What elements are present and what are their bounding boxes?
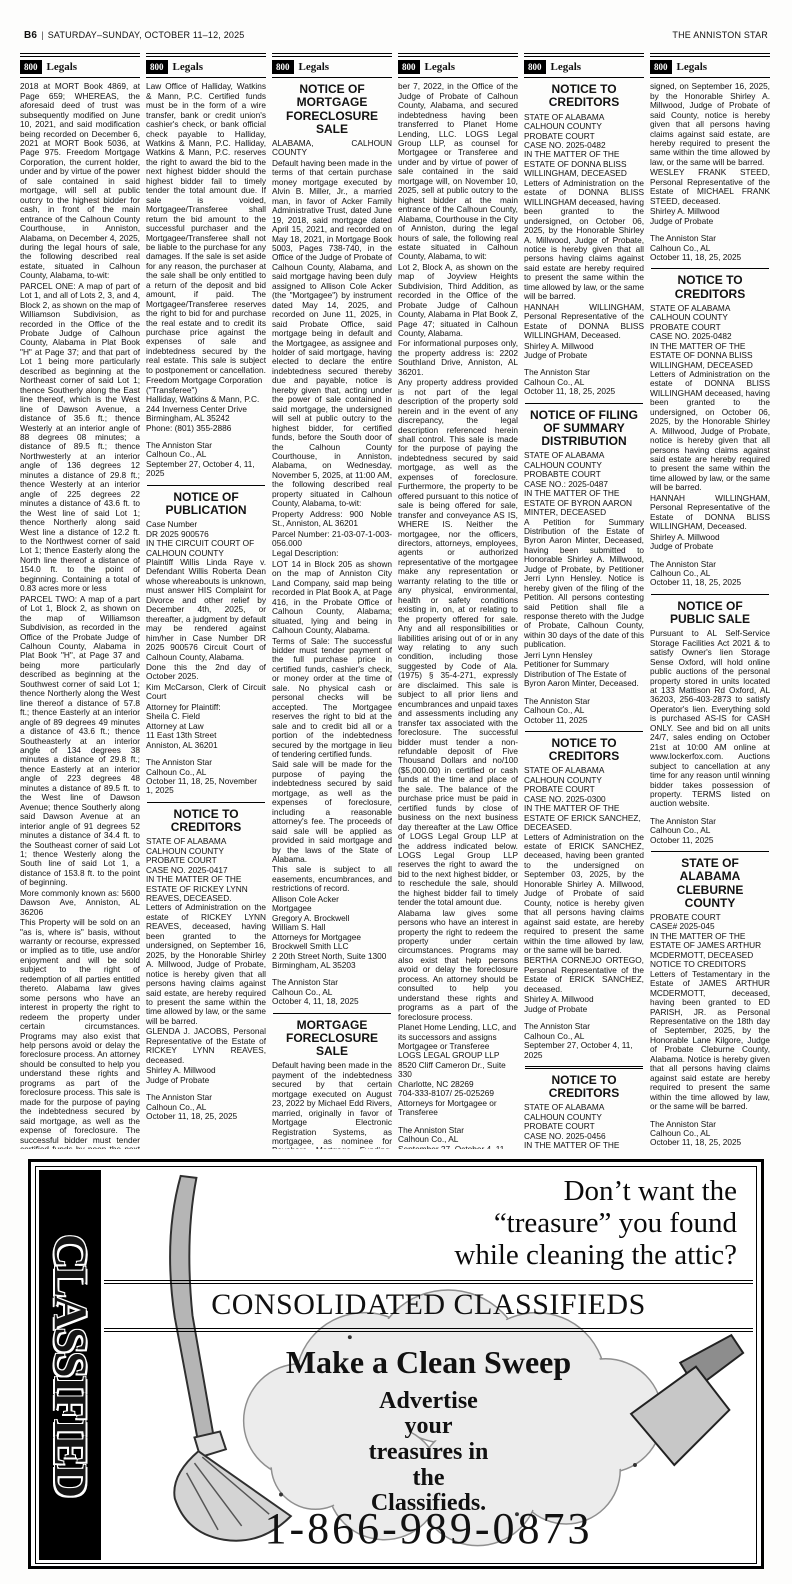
- notice-lines: STATE OF ALABAMACALHOUN COUNTYPROBATE CO…: [146, 837, 266, 903]
- notice-paragraph: Terms of Sale: The successful bidder mus…: [272, 637, 392, 760]
- notice-paragraph: ber 7, 2022, in the Office of the Judge …: [398, 82, 518, 262]
- notice-line: IN THE MATTER OF THE ESTATE OF RICKEY LY…: [146, 875, 266, 903]
- notice-line: October 11, 18, 25, 2025: [524, 387, 644, 396]
- notice-lines: Planet Home Lending, LLC, and its succes…: [398, 1023, 518, 1118]
- category-header: 800Legals: [272, 53, 392, 78]
- notice-line: October 11, 18, 25, 2025: [146, 1112, 266, 1121]
- notice-heading: NOTICE OF MORTGAGE FORECLOSURE SALE: [276, 83, 388, 136]
- notice-paragraph: ALABAMA, CALHOUN COUNTY: [272, 139, 392, 158]
- notice-paragraph: HANNAH WILLINGHAM, Personal Representati…: [524, 303, 644, 341]
- legals-column-6: 800Legalssigned, on September 16, 2025, …: [650, 53, 770, 1149]
- ad-cloud-line3: treasures in: [104, 1440, 753, 1466]
- notice-heading: STATE OF ALABAMA CLEBURNE COUNTY: [654, 857, 766, 910]
- notice-line: September 27, October 4, 11, 2025: [146, 460, 266, 479]
- notice-line: Judge of Probate: [650, 217, 770, 226]
- notice-lines: STATE OF ALABAMACALHOUN COUNTYPROBATE CO…: [524, 766, 644, 832]
- notice-paragraph: 2018 at MORT Book 4869, at Page 659; WHE…: [20, 82, 140, 281]
- publication-tagline: The Anniston StarCalhoun Co., ALSeptembe…: [524, 1022, 644, 1060]
- legals-column-1: 800Legals2018 at MORT Book 4869, at Page…: [20, 53, 140, 1149]
- publication-tagline: The Anniston StarCalhoun Co., ALOctober …: [272, 978, 392, 1006]
- notice-line: Judge of Probate: [650, 542, 770, 551]
- notice-lines: STATE OF ALABAMACALHOUN COUNTYPROBATE CO…: [524, 1103, 644, 1149]
- article-separator: [525, 403, 643, 404]
- masthead-divider: |: [41, 30, 44, 40]
- notice-lines: STATE OF ALABAMACALHOUN COUNTYPROBABTE C…: [524, 451, 644, 517]
- notice-heading: NOTICE TO CREDITORS: [528, 737, 640, 763]
- notice-line: October 11, 18, 25, 2025: [650, 1138, 770, 1147]
- notice-line: Freedom Mortgage Corporation ("Transfere…: [146, 376, 266, 395]
- article-separator: [525, 1066, 643, 1069]
- notice-heading: NOTICE TO CREDITORS: [528, 1074, 640, 1100]
- notice-lines: Attorney for Plaintiff:Sheila C. FieldAt…: [146, 703, 266, 750]
- publication-tagline: The Anniston StarCalhoun Co., ALOctober …: [650, 817, 770, 845]
- notice-line: Judge of Probate: [524, 351, 644, 360]
- category-code: 800: [146, 60, 168, 74]
- notice-paragraph: Letters of Testamentary in the Estate of…: [650, 970, 770, 1112]
- notice-line: October 11, 18, 25, 2025: [650, 253, 770, 262]
- notice-lines: Jerri Lynn HensleyPetitioner for Summary…: [524, 651, 644, 689]
- classified-vertical-label: CLASSIFIED: [43, 1234, 97, 1496]
- notice-line: Birmingham, AL 35203: [272, 961, 392, 970]
- notice-line: Judge of Probate: [146, 1076, 266, 1085]
- publication-tagline: The Anniston StarCalhoun Co., ALOctober …: [524, 697, 644, 725]
- category-label: Legals: [677, 61, 708, 74]
- classified-ad-inner: CLASSIFIED: [35, 1166, 757, 1564]
- notice-paragraph: For informational purposes only, the pro…: [398, 339, 518, 377]
- publication-tagline: The Anniston StarCalhoun Co., ALOctober …: [146, 1093, 266, 1121]
- notice-paragraph: Parcel Number: 21-03-07-1-003-056.000: [272, 530, 392, 549]
- classified-ad: CLASSIFIED: [28, 1159, 764, 1569]
- notice-line: IN THE MATTER OF THE ESTATE OF BYRON AAR…: [524, 489, 644, 517]
- notice-paragraph: PARCEL TWO: A map of a part of Lot 1, Bl…: [20, 595, 140, 888]
- notice-line: 8520 Cliff Cameron Dr., Suite 330: [398, 1061, 518, 1080]
- ad-banner: CONSOLIDATED CLASSIFIEDS: [104, 1280, 753, 1332]
- columns: 800Legals2018 at MORT Book 4869, at Page…: [0, 53, 792, 1149]
- notice-line: IN THE MATTER OF THE ESTATE OF DONNA BLI…: [524, 150, 644, 178]
- notice-paragraph: PARCEL ONE: A map of part of Lot 1, and …: [20, 282, 140, 594]
- newspaper-page: B6|SATURDAY–SUNDAY, OCTOBER 11–12, 2025 …: [0, 0, 792, 1584]
- ad-headline: Don’t want the “treasure” you found whil…: [104, 1176, 753, 1272]
- notice-paragraph: A Petition for Summary Distribution of t…: [524, 518, 644, 650]
- notice-lines: Shirley A. MillwoodJudge of Probate: [524, 995, 644, 1014]
- ad-headline-line3: while cleaning the attic?: [104, 1240, 737, 1272]
- notice-line: October 11, 2025: [524, 716, 644, 725]
- ad-subhead: Make a Clean Sweep: [104, 1344, 753, 1381]
- notice-line: September 27, October 4, 11, 2025: [524, 1041, 644, 1060]
- category-code: 800: [650, 60, 672, 74]
- legals-column-3: 800LegalsNOTICE OF MORTGAGE FORECLOSURE …: [272, 53, 392, 1149]
- notice-paragraph: Pursuant to AL Self-Service Storage Faci…: [650, 629, 770, 809]
- notice-paragraph: Plaintiff Willis Linda Raye v. Defendant…: [146, 558, 266, 662]
- ad-headline-line2: “treasure” you found: [104, 1208, 737, 1240]
- notice-heading: MORTGAGE FORECLOSURE SALE: [276, 1019, 388, 1059]
- notice-paragraph: WESLEY FRANK STEED, Personal Representat…: [650, 168, 770, 206]
- page-number: B6: [24, 30, 37, 41]
- article-separator: [651, 268, 769, 269]
- category-header: 800Legals: [398, 53, 518, 78]
- notice-lines: STATE OF ALABAMACALHOUN COUNTYPROBATE CO…: [524, 113, 644, 179]
- date-line: SATURDAY–SUNDAY, OCTOBER 11–12, 2025: [48, 30, 245, 40]
- notice-paragraph: Lot 2, Block A, as shown on the map of J…: [398, 263, 518, 339]
- article-separator: [147, 802, 265, 803]
- notice-paragraph: Letters of Administration on the estate …: [650, 370, 770, 493]
- article-separator: [651, 851, 769, 852]
- notice-line: October 4, 11, 18, 2025: [272, 997, 392, 1006]
- legals-column-2: 800LegalsLaw Office of Halliday, Watkins…: [146, 53, 266, 1149]
- category-header: 800Legals: [146, 53, 266, 78]
- notice-heading: NOTICE TO CREDITORS: [150, 808, 262, 834]
- notice-paragraph: Letters of Administration on the estate …: [524, 179, 644, 302]
- masthead-left: B6|SATURDAY–SUNDAY, OCTOBER 11–12, 2025: [24, 30, 245, 41]
- notice-heading: NOTICE TO CREDITORS: [654, 274, 766, 300]
- notice-line: Petitioner for Summary Distribution of T…: [524, 660, 644, 688]
- category-header: 800Legals: [650, 53, 770, 78]
- notice-paragraph: Law Office of Halliday, Watkins & Mann, …: [146, 82, 266, 375]
- notice-line: IN THE MATTER OF THE ESTATE OF JAMES ART…: [650, 932, 770, 960]
- notice-paragraph: BERTHA CORNEJO ORTEGO, Personal Represen…: [524, 956, 644, 994]
- notice-lines: STATE OF ALABAMACALHOUN COUNTYPROBATE CO…: [650, 304, 770, 370]
- category-label: Legals: [551, 61, 582, 74]
- notice-heading: NOTICE OF FILING OF SUMMARY DISTRIBUTION: [528, 409, 640, 449]
- notice-line: Attorneys for Mortgagee or Transferee: [398, 1099, 518, 1118]
- category-header: 800Legals: [20, 53, 140, 78]
- publication-tagline: The Anniston StarCalhoun Co., ALOctober …: [650, 234, 770, 262]
- notice-line: Judge of Probate: [524, 1005, 644, 1014]
- category-code: 800: [272, 60, 294, 74]
- notice-line: Phone: (801) 355-2886: [146, 424, 266, 433]
- ad-content-area: Don’t want the “treasure” you found whil…: [104, 1170, 753, 1560]
- notice-line: IN THE MATTER OF THE ESTATE OF DONNA BLI…: [650, 342, 770, 370]
- masthead-title: THE ANNISTON STAR: [672, 30, 768, 40]
- notice-line: IN THE MATTER OF THE ESTATE OF ERICK SAN…: [524, 804, 644, 832]
- legals-column-5: 800LegalsNOTICE TO CREDITORSSTATE OF ALA…: [524, 53, 644, 1149]
- article-separator: [525, 731, 643, 732]
- category-label: Legals: [173, 61, 204, 74]
- article-separator: [273, 1013, 391, 1014]
- ad-cloud-line2: your: [104, 1414, 753, 1440]
- category-header: 800Legals: [524, 53, 644, 78]
- notice-lines: Allison Cole AckerMortgageeGregory A. Br…: [272, 895, 392, 971]
- notice-lines: Shirley A. MillwoodJudge of Probate: [146, 1066, 266, 1085]
- ad-cloud-line4: the: [104, 1466, 753, 1492]
- ad-phone-number: 1-866-989-0873: [104, 1503, 753, 1554]
- notice-heading: NOTICE TO CREDITORS: [528, 83, 640, 109]
- notice-paragraph: Letters of Administration on the estate …: [524, 833, 644, 956]
- masthead-row: B6|SATURDAY–SUNDAY, OCTOBER 11–12, 2025 …: [0, 0, 792, 41]
- notice-paragraph: Said sale will be made for the purpose o…: [272, 760, 392, 864]
- notice-paragraph: Property Address: 900 Noble St., Annisto…: [272, 510, 392, 529]
- category-code: 800: [524, 60, 546, 74]
- notice-line: Planet Home Lending, LLC, and its succes…: [398, 1023, 518, 1042]
- article-separator: [147, 485, 265, 486]
- notice-lines: Shirley A. MillwoodJudge of Probate: [524, 342, 644, 361]
- notice-line: October 11, 2025: [650, 836, 770, 845]
- notice-paragraph: Legal Description:: [272, 549, 392, 558]
- notice-lines: Shirley A. MillwoodJudge of Probate: [650, 533, 770, 552]
- notice-paragraph: Default having been made in the payment …: [272, 1061, 392, 1149]
- notice-paragraph: GLENDA J. JACOBS, Personal Representativ…: [146, 1027, 266, 1065]
- notice-paragraph: This sale is subject to all easements, e…: [272, 865, 392, 893]
- notice-line: IN THE MATTER OF THE ESTATE OF MICHAEL F…: [524, 1141, 644, 1149]
- publication-tagline: The Anniston StarCalhoun Co., ALOctober …: [650, 1120, 770, 1148]
- notice-heading: NOTICE OF PUBLIC SALE: [654, 600, 766, 626]
- notice-lines: Case NumberDR 2025 900576IN THE CIRCUIT …: [146, 520, 266, 558]
- notice-paragraph: More commonly known as: 5600 Dawson Ave,…: [20, 889, 140, 917]
- publication-tagline: The Anniston StarCalhoun Co., ALSeptembe…: [146, 441, 266, 479]
- classified-vertical-banner: CLASSIFIED: [39, 1170, 101, 1560]
- category-code: 800: [398, 60, 420, 74]
- notice-paragraph: LOT 14 in Block 205 as shown on the map …: [272, 560, 392, 636]
- notice-paragraph: Done this the 2nd day of October 2025.: [146, 663, 266, 682]
- notice-paragraph: Letters of Administration on the estate …: [146, 903, 266, 1026]
- ad-cloud-line1: Advertise: [104, 1389, 753, 1415]
- category-code: 800: [20, 60, 42, 74]
- legals-column-4: 800Legalsber 7, 2022, in the Office of t…: [398, 53, 518, 1149]
- notice-line: IN THE CIRCUIT COURT OF CALHOUN COUNTY: [146, 539, 266, 558]
- publication-tagline: The Anniston StarCalhoun Co., ALSeptembe…: [398, 1126, 518, 1149]
- notice-paragraph: Kim McCarson, Clerk of Circuit Court: [146, 683, 266, 702]
- category-label: Legals: [299, 61, 330, 74]
- notice-paragraph: This Property will be sold on an "as is,…: [20, 918, 140, 1149]
- notice-line: Anniston, AL 36201: [146, 741, 266, 750]
- notice-line: September 27, October 4, 11, 2025: [398, 1145, 518, 1149]
- publication-tagline: The Anniston StarCalhoun Co., ALOctober …: [650, 560, 770, 588]
- notice-heading: NOTICE OF PUBLICATION: [150, 491, 262, 517]
- notice-lines: PROBATE COURTCASE# 2025-045IN THE MATTER…: [650, 913, 770, 970]
- article-separator: [651, 594, 769, 595]
- ad-cloud-text: Advertise your treasures in the Classifi…: [104, 1389, 753, 1517]
- publication-tagline: The Anniston StarCalhoun Co., ALOctober …: [524, 368, 644, 396]
- notice-paragraph: HANNAH WILLINGHAM, Personal Representati…: [650, 494, 770, 532]
- notice-paragraph: signed, on September 16, 2025, by the Ho…: [650, 82, 770, 167]
- notice-lines: Freedom Mortgage Corporation ("Transfere…: [146, 376, 266, 433]
- notice-lines: Shirley A. MillwoodJudge of Probate: [650, 207, 770, 226]
- category-label: Legals: [47, 61, 78, 74]
- notice-paragraph: Default having been made in the terms of…: [272, 159, 392, 509]
- publication-tagline: The Anniston StarCalhoun Co., ALOctober …: [146, 758, 266, 796]
- ad-headline-line1: Don’t want the: [104, 1176, 737, 1208]
- category-label: Legals: [425, 61, 456, 74]
- notice-line: October 11, 18, 25, November 1, 2025: [146, 777, 266, 796]
- notice-paragraph: Alabama law gives some persons who have …: [398, 909, 518, 1022]
- notice-paragraph: Any property address provided is not par…: [398, 378, 518, 907]
- notice-line: October 11, 18, 25, 2025: [650, 578, 770, 587]
